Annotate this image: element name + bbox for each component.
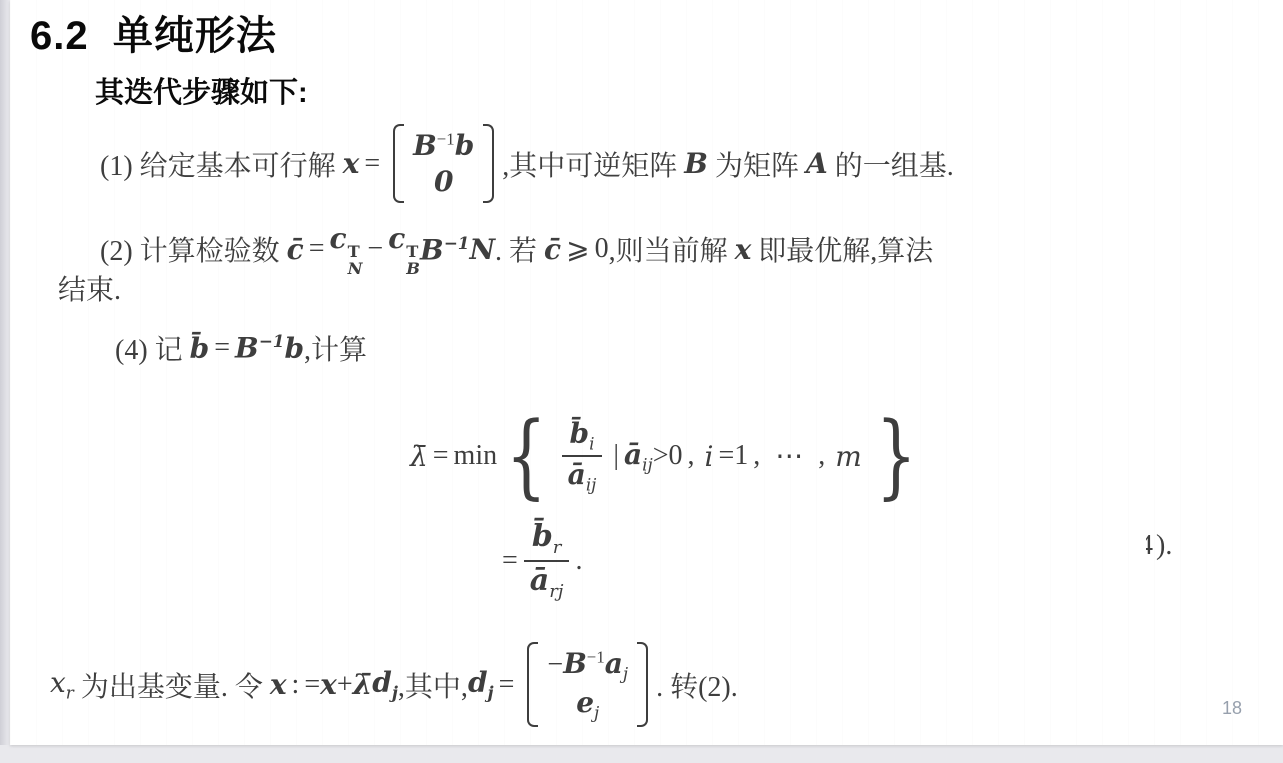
equals-sign: =: [364, 148, 380, 180]
equals-sign: =: [304, 669, 320, 701]
var-N: N: [469, 233, 495, 266]
matrix-left-bracket: [393, 124, 404, 203]
var-a-ij: āij: [624, 438, 653, 475]
fraction-numerator: b̄i: [564, 418, 601, 455]
step-4-label: (4) 记: [115, 328, 190, 368]
matrix-right-bracket: [483, 124, 494, 203]
fraction-denominator: ārj: [524, 560, 570, 603]
var-x-r: xr: [50, 666, 74, 703]
zero: 0: [669, 440, 683, 472]
var-c-B: cTB: [388, 222, 420, 277]
var-bbar: b̄: [190, 332, 210, 365]
var-cbar: c̄: [287, 233, 304, 266]
var-c-N: cTN: [330, 222, 363, 277]
gt-sign: >: [653, 440, 669, 472]
var-d-j: dj: [468, 666, 494, 703]
var-B-inv: B−1: [420, 233, 469, 266]
step-2-continuation: 结束.: [58, 268, 121, 308]
such-that-bar: |: [613, 440, 619, 472]
fraction-bi-aij: b̄i āij: [562, 418, 603, 495]
minus-sign: −: [367, 233, 383, 265]
geq-sign: ⩾: [566, 232, 589, 266]
step-1-mid2: 为矩阵: [708, 144, 806, 184]
lambda-equation-line1: λ̄ = min { b̄i āij | āij > 0 , i = 1 , ⋯…: [410, 418, 925, 495]
comma: ,: [688, 440, 695, 472]
var-i: i: [705, 440, 714, 473]
cdots: ⋯: [775, 439, 803, 473]
fraction-br-arj: b̄r ārj: [524, 520, 570, 602]
slide-canvas: 6.2 单纯形法 其迭代步骤如下: (1) 给定基本可行解 x = B−1b 0…: [10, 0, 1283, 745]
slide-viewer: { "slide": { "title": "6.2 单纯形法", "subti…: [0, 0, 1283, 763]
page-left-gutter: [0, 0, 10, 745]
final-step-line: xr 为出基变量. 令 x : = x + λ̄ dj ,其中, dj = −B…: [50, 642, 738, 727]
final-text-1: 为出基变量. 令: [74, 665, 270, 705]
fraction-denominator: āij: [562, 455, 603, 495]
equals-sign: =: [309, 233, 325, 265]
step-4-tail: ,计算: [304, 328, 367, 368]
var-x: x: [270, 668, 287, 701]
final-text-3: . 转(2).: [656, 665, 738, 705]
step-1-label: (1) 给定基本可行解: [100, 144, 343, 184]
matrix-direction-vector: −B−1aj ej: [527, 642, 648, 727]
equation-number-fragment: 4).: [1118, 498, 1172, 594]
var-x: x: [320, 668, 337, 701]
step-1-line: (1) 给定基本可行解 x = B−1b 0 ,其中可逆矩阵 B 为矩阵 A 的…: [100, 124, 954, 203]
equals-sign: =: [433, 440, 449, 472]
var-cbar-2: c̄: [544, 233, 561, 266]
matrix-right-bracket: [637, 642, 648, 727]
page-number: 18: [1222, 698, 1242, 719]
matrix-top-row: −B−1aj: [547, 647, 628, 684]
min-operator: min: [454, 440, 498, 472]
plus-sign: +: [337, 669, 353, 701]
matrix-basic-solution: B−1b 0: [393, 124, 494, 203]
comma: ,: [818, 440, 825, 472]
fraction-numerator: b̄r: [526, 520, 568, 560]
equals-sign: =: [499, 669, 515, 701]
equals-sign: =: [214, 332, 230, 364]
var-m: m: [835, 440, 862, 473]
one: 1: [734, 440, 748, 472]
step-1-mid: ,其中可逆矩阵: [502, 144, 684, 184]
zero: 0: [595, 233, 609, 265]
var-d-j: dj: [372, 666, 398, 703]
var-b: b: [284, 332, 304, 365]
comma: ,: [753, 440, 760, 472]
matrix-left-bracket: [527, 642, 538, 727]
period: .: [575, 545, 582, 577]
step-2-tail1: ,则当前解: [609, 229, 735, 269]
lambda-equation-line2: = b̄r ārj .: [502, 520, 582, 602]
step-2-mid: . 若: [495, 229, 544, 269]
matrix-bottom-row: ej: [576, 686, 599, 723]
step-2-line: (2) 计算检验数 c̄ = cTN − cTB B−1 N . 若 c̄ ⩾ …: [100, 222, 933, 277]
slide-title: 6.2 单纯形法: [30, 4, 277, 61]
equals-sign: =: [719, 440, 735, 472]
var-x: x: [343, 147, 360, 180]
var-x: x: [735, 233, 752, 266]
step-2-tail2: 即最优解,算法: [751, 229, 933, 269]
var-B-inv: B−1: [235, 331, 284, 364]
final-text-2: ,其中,: [398, 665, 468, 705]
var-A: A: [806, 147, 828, 180]
var-B: B: [684, 147, 708, 180]
step-2-label: (2) 计算检验数: [100, 229, 287, 269]
matrix-top-row: B−1b: [413, 129, 474, 163]
step-4-line: (4) 记 b̄ = B−1 b ,计算: [115, 328, 367, 368]
var-lambda-bar: λ̄: [410, 440, 428, 473]
step-1-tail: 的一组基.: [828, 144, 954, 184]
matrix-bottom-row: 0: [434, 165, 453, 198]
var-lambda-bar: λ̄: [353, 668, 373, 701]
colon: :: [292, 669, 300, 701]
equals-sign: =: [502, 545, 518, 577]
slide-subtitle: 其迭代步骤如下:: [95, 70, 308, 111]
